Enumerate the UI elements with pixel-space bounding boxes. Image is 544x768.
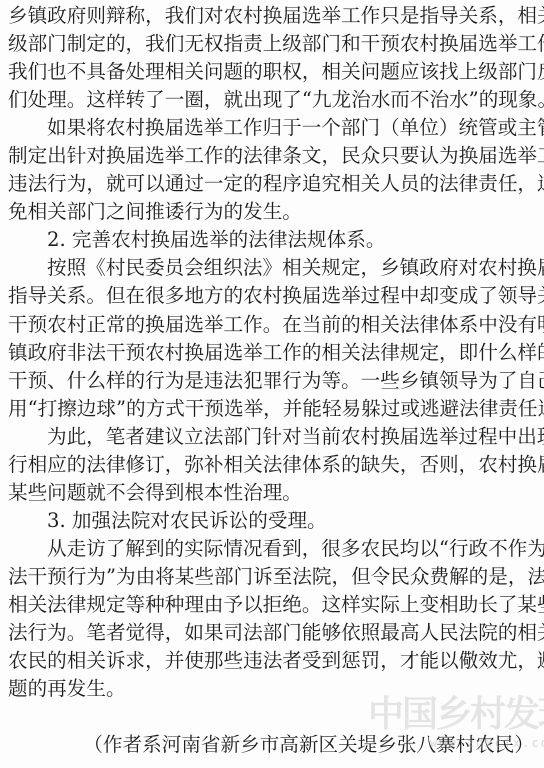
text-line: 法干预行为”为由将某些部门诉至法院，但令民众费解的是，法院以没有 (8, 563, 538, 591)
text-line: 相关法律规定等种种理由予以拒绝。这样实际上变相助长了某些部门的违 (8, 591, 538, 619)
watermark-url: www.zgxcfx.com (430, 736, 544, 750)
watermark-logo: 中国乡村发现网 (368, 694, 538, 742)
text-line: 为此，笔者建议立法部门针对当前农村换届选举过程中出现的问题进 (8, 423, 538, 451)
text-line: 级部门制定的，我们无权指责上级部门和干预农村换届选举工作，同时， (8, 30, 538, 58)
text-line: 用“打擦边球”的方式干预选举，并能轻易躲过或逃避法律责任追究。 (8, 395, 538, 423)
text-line: 某些问题就不会得到根本性治理。 (8, 479, 538, 507)
text-line: 干预、什么样的行为是违法犯罪行为等。一些乡镇领导为了自己某种需求， (8, 367, 538, 395)
text-line: 免相关部门之间推诿行为的发生。 (8, 198, 538, 226)
text-line: 指导关系。但在很多地方的农村换届选举过程中却变成了领导关系，并严重 (8, 282, 538, 310)
text-line: 如果将农村换届选举工作归于一个部门（单位）统管或主管，同时， (8, 114, 538, 142)
text-line: 乡镇政府则辩称，我们对农村换届选举工作只是指导关系，相关规则是上 (8, 2, 538, 30)
text-line: 行相应的法律修订，弥补相关法律体系的缺失，否则，农村换届选举中的 (8, 451, 538, 479)
document-page: 乡镇政府则辩称，我们对农村换届选举工作只是指导关系，相关规则是上 级部门制定的，… (8, 2, 538, 759)
section-heading: 2. 完善农村换届选举的法律法规体系。 (8, 226, 538, 254)
text-line: 从走访了解到的实际情况看到，很多农民均以“行政不作为”或“违 (8, 535, 538, 563)
text-line: 们处理。这样转了一圈，就出现了“九龙治水而不治水”的现象。 (8, 86, 538, 114)
text-line: 法行为。笔者觉得，如果司法部门能够依照最高人民法院的相关规定受理 (8, 619, 538, 647)
section-heading: 3. 加强法院对农民诉讼的受理。 (8, 507, 538, 535)
text-line: 干预农村正常的换届选举工作。在当前的相关法律体系中没有明确的关于乡 (8, 311, 538, 339)
text-line: 镇政府非法干预农村换届选举工作的相关法律规定，即什么样的情况是非法 (8, 339, 538, 367)
text-line: 我们也不具备处理相关问题的职权，相关问题应该找上级部门反映，让他 (8, 58, 538, 86)
text-line: 制定出针对换届选举工作的法律条文，民众只要认为换届选举工作中存有 (8, 142, 538, 170)
text-line: 农民的相关诉求，并使那些违法者受到惩罚，才能以儆效尤，避免类似问 (8, 647, 538, 675)
text-line: 按照《村民委员会组织法》相关规定，乡镇政府对农村换届选举工作是 (8, 254, 538, 282)
text-line: 违法行为，就可以通过一定的程序追究相关人员的法律责任，这样应可避 (8, 170, 538, 198)
